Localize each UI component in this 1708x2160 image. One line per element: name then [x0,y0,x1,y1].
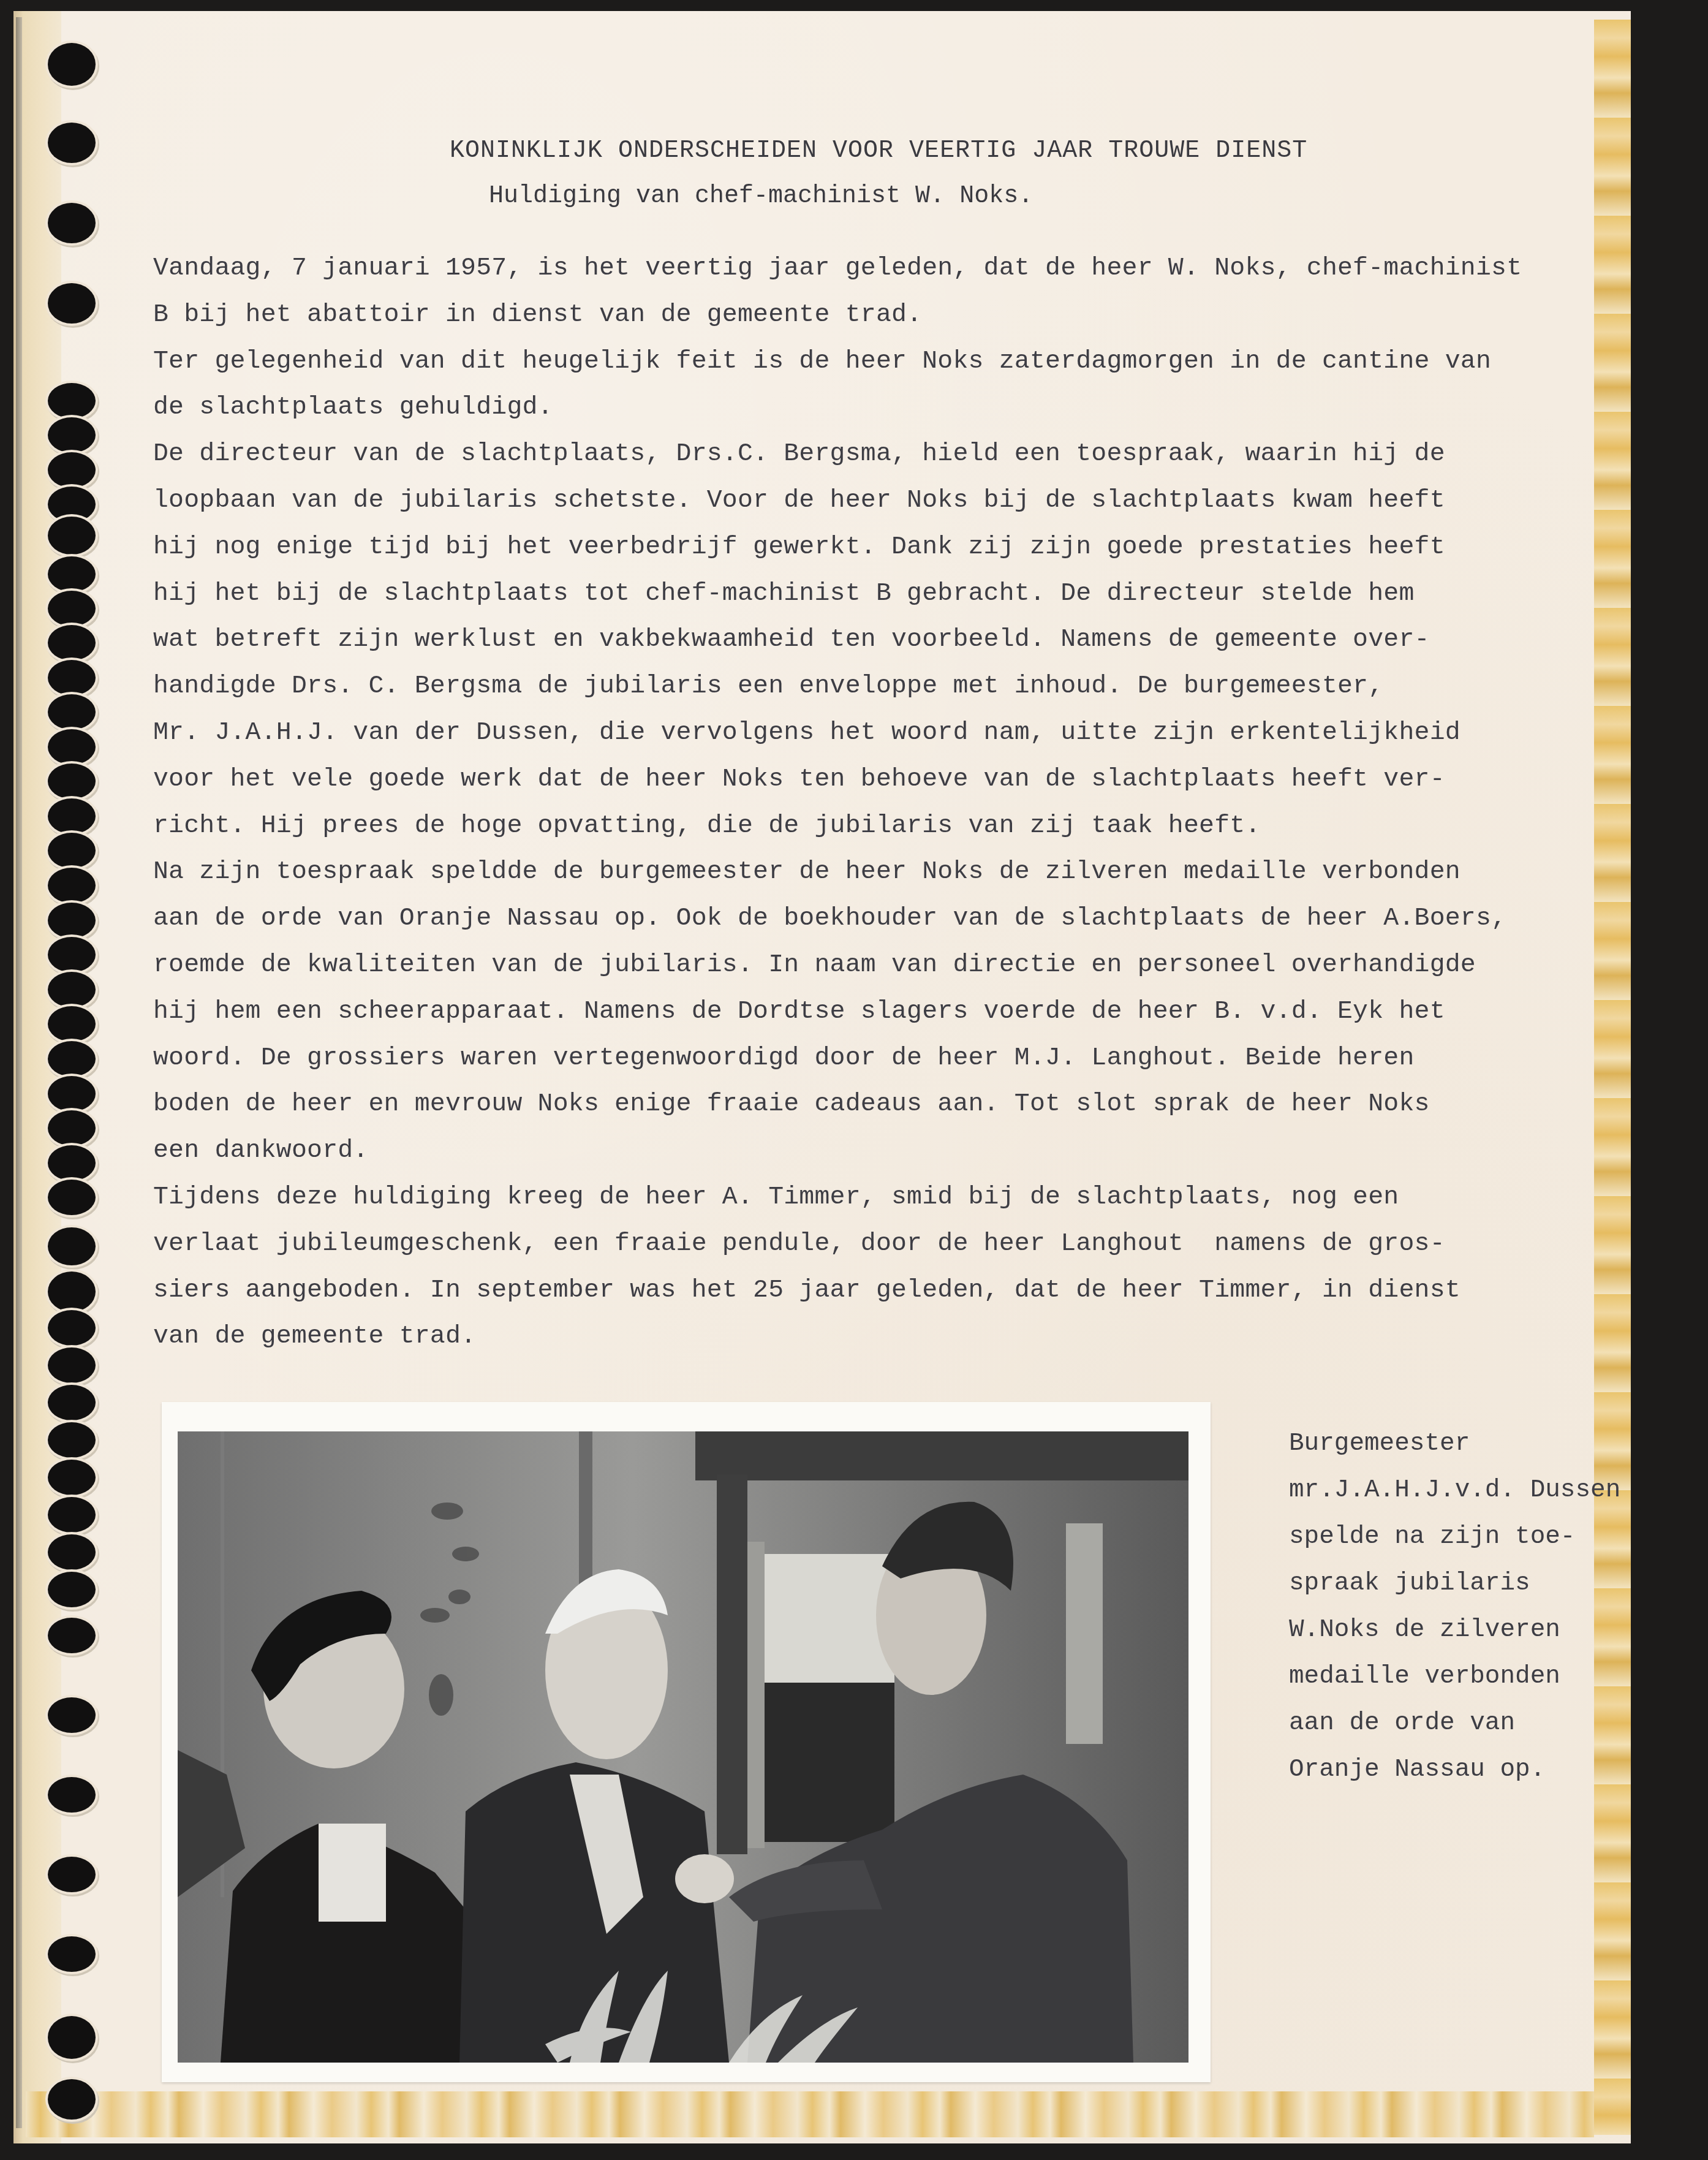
binder-hole-icon [48,1041,96,1077]
caption-line: Burgemeester [1289,1420,1620,1467]
binder-hole-icon [48,1347,96,1383]
photo-illustration [178,1431,1188,2063]
binding-strip [16,17,22,2128]
binder-hole-icon [48,1180,96,1215]
body-line: verlaat jubileumgeschenk, een fraaie pen… [153,1221,1623,1267]
scrapbook-page: KONINKLIJK ONDERSCHEIDEN VOOR VEERTIG JA… [13,11,1631,2143]
body-line: Na zijn toespraak speldde de burgemeeste… [153,849,1623,895]
body-line: siers aangeboden. In september was het 2… [153,1267,1623,1314]
binder-hole-icon [48,625,96,661]
document-title: KONINKLIJK ONDERSCHEIDEN VOOR VEERTIG JA… [450,137,1307,165]
photo-mount [162,1402,1211,2082]
body-line: Ter gelegenheid van dit heugelijk feit i… [153,338,1623,385]
binder-hole-icon [48,2079,96,2120]
binder-hole-icon [48,694,96,730]
body-line: de slachtplaats gehuldigd. [153,384,1623,431]
tape-stain-bottom [26,2091,1594,2137]
binder-hole-icon [48,1857,96,1892]
caption-line: spraak jubilaris [1289,1560,1620,1607]
binder-hole-icon [48,1697,96,1733]
binder-hole-icon [48,1227,96,1265]
binder-hole-icon [48,972,96,1007]
binder-hole-icon [48,868,96,903]
article-body: Vandaag, 7 januari 1957, is het veertig … [153,245,1623,1360]
binder-hole-icon [48,1110,96,1146]
caption-line: Oranje Nassau op. [1289,1746,1620,1793]
binder-hole-icon [48,2016,96,2059]
binder-hole-icon [48,283,96,324]
ceremony-photo [178,1431,1188,2063]
body-line: van de gemeente trad. [153,1313,1623,1360]
binder-hole-icon [48,452,96,488]
binder-hole-icon [48,1936,96,1972]
binder-hole-icon [48,903,96,938]
binder-hole-icon [48,383,96,419]
body-line: wat betreft zijn werklust en vakbekwaamh… [153,616,1623,663]
caption-line: mr.J.A.H.J.v.d. Dussen [1289,1467,1620,1514]
binder-hole-icon [48,556,96,592]
body-line: Tijdens deze huldiging kreeg de heer A. … [153,1174,1623,1221]
binder-hole-icon [48,43,96,86]
body-line: een dankwoord. [153,1127,1623,1174]
body-line: voor het vele goede werk dat de heer Nok… [153,756,1623,803]
body-line: roemde de kwaliteiten van de jubilaris. … [153,942,1623,988]
body-line: hij het bij de slachtplaats tot chef-mac… [153,570,1623,617]
binder-hole-icon [48,764,96,799]
binder-hole-icon [48,1271,96,1312]
body-line: aan de orde van Oranje Nassau op. Ook de… [153,895,1623,942]
body-line: loopbaan van de jubilaris schetste. Voor… [153,477,1623,524]
binder-hole-icon [48,1618,96,1653]
binder-hole-icon [48,1422,96,1458]
binder-hole-icon [48,1006,96,1042]
body-line: hij nog enige tijd bij het veerbedrijf g… [153,524,1623,570]
binder-hole-icon [48,1310,96,1346]
binder-hole-icon [48,833,96,868]
binder-hole-icon [48,1497,96,1533]
binder-hole-icon [48,417,96,453]
body-line: woord. De grossiers waren vertegenwoordi… [153,1035,1623,1082]
photo-caption: Burgemeester mr.J.A.H.J.v.d. Dussen spel… [1289,1420,1620,1793]
binder-hole-icon [48,729,96,765]
body-line: richt. Hij prees de hoge opvatting, die … [153,803,1623,849]
binder-hole-icon [48,591,96,626]
body-line: handigde Drs. C. Bergsma de jubilaris ee… [153,663,1623,710]
caption-line: W.Noks de zilveren [1289,1607,1620,1653]
caption-line: medaille verbonden [1289,1653,1620,1700]
binder-hole-icon [48,1145,96,1181]
caption-line: aan de orde van [1289,1700,1620,1746]
body-line: boden de heer en mevrouw Noks enige fraa… [153,1081,1623,1127]
binder-hole-icon [48,123,96,163]
binder-hole-icon [48,937,96,972]
binder-hole-icon [48,1076,96,1112]
binder-hole-icon [48,1777,96,1813]
binder-hole-icon [48,1460,96,1495]
binder-hole-icon [48,517,96,555]
body-line: hij hem een scheerapparaat. Namens de Do… [153,988,1623,1035]
body-line: B bij het abattoir in dienst van de geme… [153,292,1623,338]
caption-line: spelde na zijn toe- [1289,1514,1620,1560]
binder-hole-icon [48,203,96,243]
binder-hole-icon [48,798,96,834]
binder-hole-icon [48,1534,96,1570]
body-line: Mr. J.A.H.J. van der Dussen, die vervolg… [153,710,1623,756]
body-line: De directeur van de slachtplaats, Drs.C.… [153,431,1623,477]
document-subtitle: Huldiging van chef-machinist W. Noks. [489,183,1033,210]
binder-hole-icon [48,660,96,695]
binder-hole-icon [48,1572,96,1607]
binder-hole-icon [48,1385,96,1420]
body-line: Vandaag, 7 januari 1957, is het veertig … [153,245,1623,292]
